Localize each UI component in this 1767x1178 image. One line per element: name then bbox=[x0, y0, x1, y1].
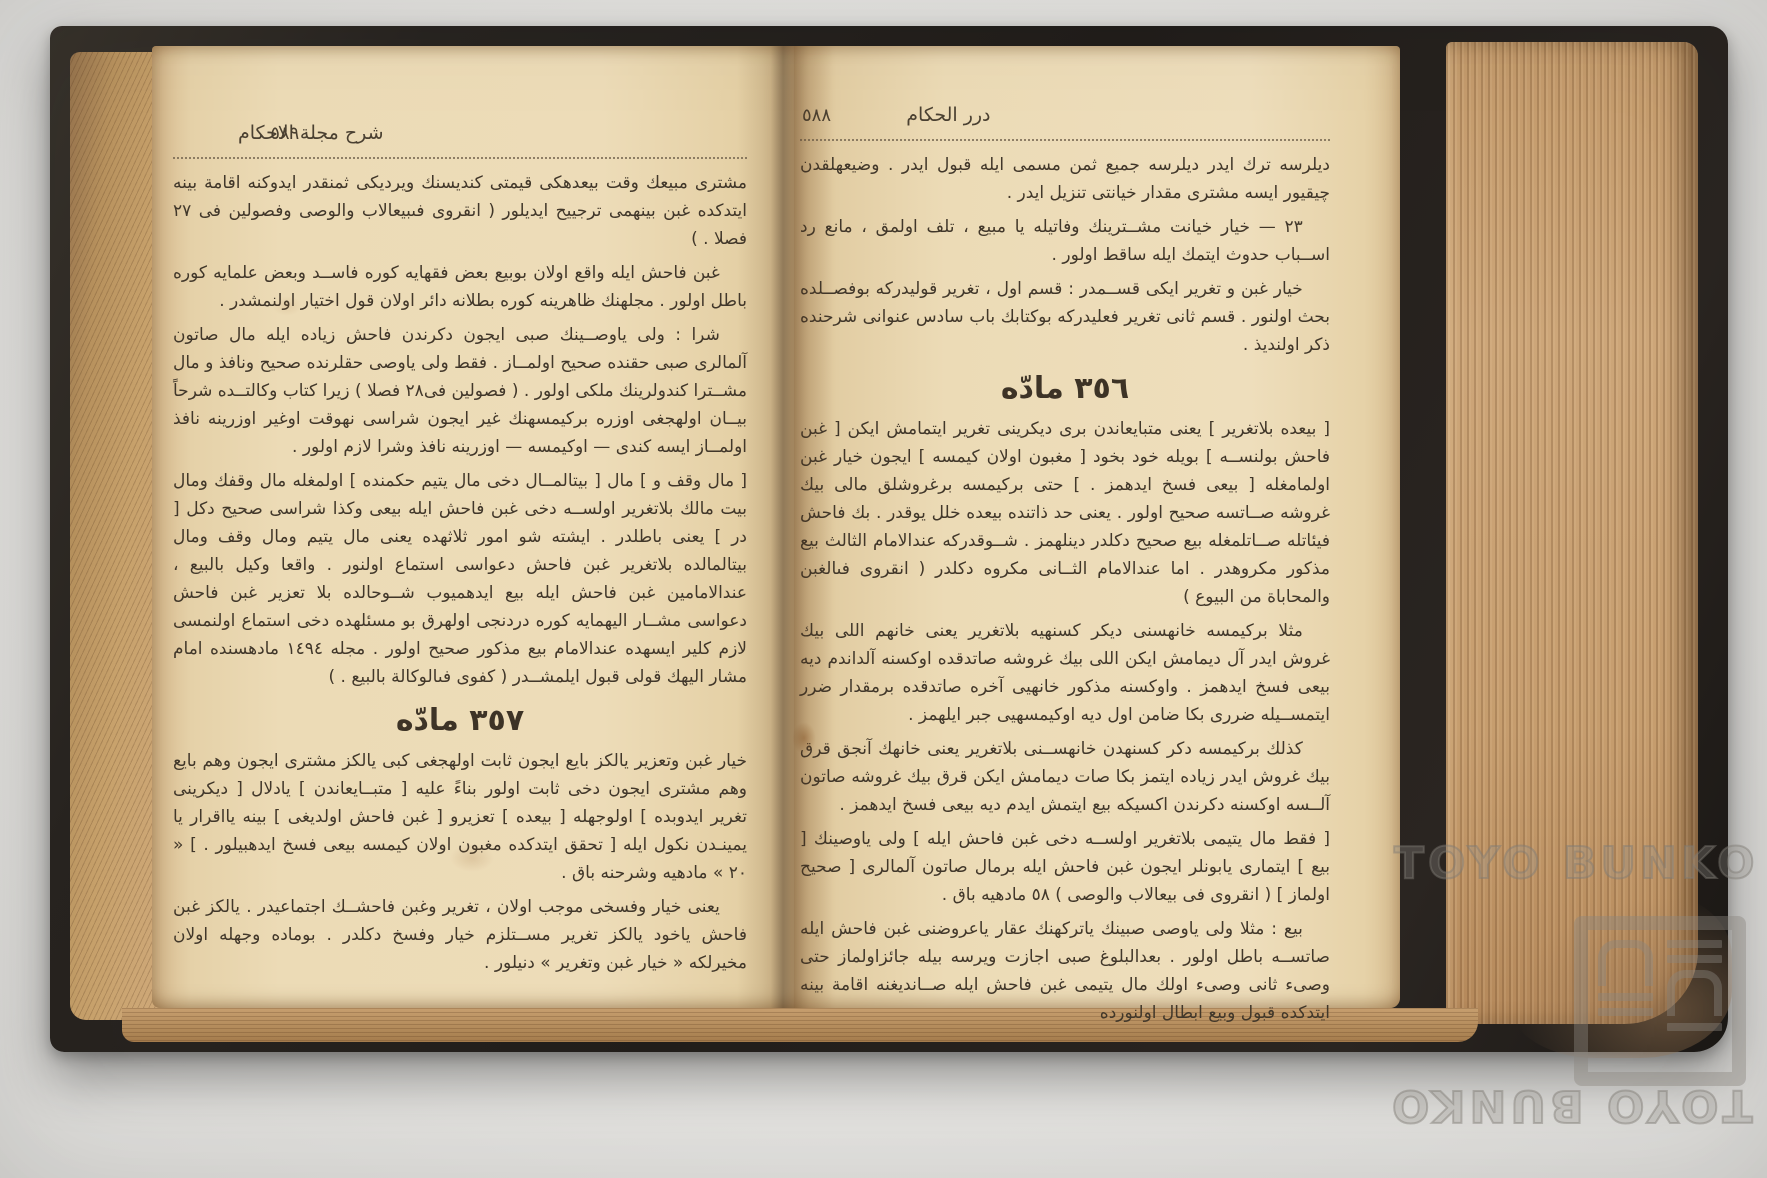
body-paragraph: مشترى مبيعك وقت بيعدهكى قيمتى كنديسنك وي… bbox=[173, 169, 747, 253]
madde-heading: ٣٥٧ مادّه bbox=[173, 707, 747, 735]
left-page-header: ٥٨٩ شرح مجلة الاحكام bbox=[173, 120, 747, 154]
body-paragraph: خيار غبن وتعزير يالكز بايع ايجون ثابت او… bbox=[173, 747, 747, 887]
madde-heading: ٣٥٦ مادّه bbox=[800, 375, 1330, 403]
body-paragraph: ٢٣ — خيار خيانت مشــترينك وفاتيله يا مبي… bbox=[800, 213, 1330, 269]
book-cover: ٥٨٩ شرح مجلة الاحكام مشترى مبيعك وقت بيع… bbox=[50, 26, 1728, 1052]
body-paragraph: خيار غبن و تغرير ايكى قســمدر : قسم اول … bbox=[800, 275, 1330, 359]
page-edges-right bbox=[1446, 42, 1698, 1024]
watermark-text-bottom: TOYO BUNKO bbox=[1388, 1080, 1752, 1131]
body-paragraph: يعنى خيار وفسخى موجب اولان ، تغرير وغبن … bbox=[173, 893, 747, 977]
body-paragraph: [ مال وقف و ] مال [ بيتالمــال دخى مال ي… bbox=[173, 467, 747, 691]
body-paragraph: شرا : ولى ياوصــينك صبى ايجون دكرندن فاح… bbox=[173, 321, 747, 461]
book-photograph: ٥٨٩ شرح مجلة الاحكام مشترى مبيعك وقت بيع… bbox=[0, 0, 1767, 1178]
left-page-body: مشترى مبيعك وقت بيعدهكى قيمتى كنديسنك وي… bbox=[173, 169, 747, 977]
right-page-content: ٥٨٨ درر الحكام ديلرسه ترك ايدر ديلرسه جم… bbox=[794, 46, 1400, 1008]
left-page-content: ٥٨٩ شرح مجلة الاحكام مشترى مبيعك وقت بيع… bbox=[152, 46, 794, 1008]
body-paragraph: كذلك بركيمسه دكر كسنهدن خانهســنى بلاتغر… bbox=[800, 735, 1330, 819]
right-page-header-title: درر الحكام bbox=[906, 104, 990, 126]
body-paragraph: [ فقط مال يتيمى بلاتغرير اولســه دخى غبن… bbox=[800, 825, 1330, 909]
right-page-number: ٥٨٨ bbox=[802, 105, 831, 126]
left-page-header-title: شرح مجلة الاحكام bbox=[238, 122, 384, 144]
body-paragraph: بيع : مثلا ولى ياوصى صبينك ياتركهنك عقار… bbox=[800, 915, 1330, 1027]
right-page-header: ٥٨٨ درر الحكام bbox=[800, 102, 1330, 136]
body-paragraph: [ بيعده بلاتغرير ] يعنى متبايعاندن برى د… bbox=[800, 415, 1330, 611]
right-page-body: ديلرسه ترك ايدر ديلرسه جميع ثمن مسمى ايل… bbox=[800, 151, 1330, 1027]
right-page: ٥٨٨ درر الحكام ديلرسه ترك ايدر ديلرسه جم… bbox=[794, 46, 1400, 1008]
body-paragraph: مثلا بركيمسه خانهسنى ديكر كسنهيه بلاتغري… bbox=[800, 617, 1330, 729]
left-header-rule bbox=[173, 157, 747, 159]
open-spread: ٥٨٩ شرح مجلة الاحكام مشترى مبيعك وقت بيع… bbox=[152, 46, 1400, 1008]
right-header-rule bbox=[800, 139, 1330, 141]
body-paragraph: ديلرسه ترك ايدر ديلرسه جميع ثمن مسمى ايل… bbox=[800, 151, 1330, 207]
left-page: ٥٨٩ شرح مجلة الاحكام مشترى مبيعك وقت بيع… bbox=[152, 46, 794, 1008]
body-paragraph: غبن فاحش ايله واقع اولان بوبيع بعض فقهاي… bbox=[173, 259, 747, 315]
